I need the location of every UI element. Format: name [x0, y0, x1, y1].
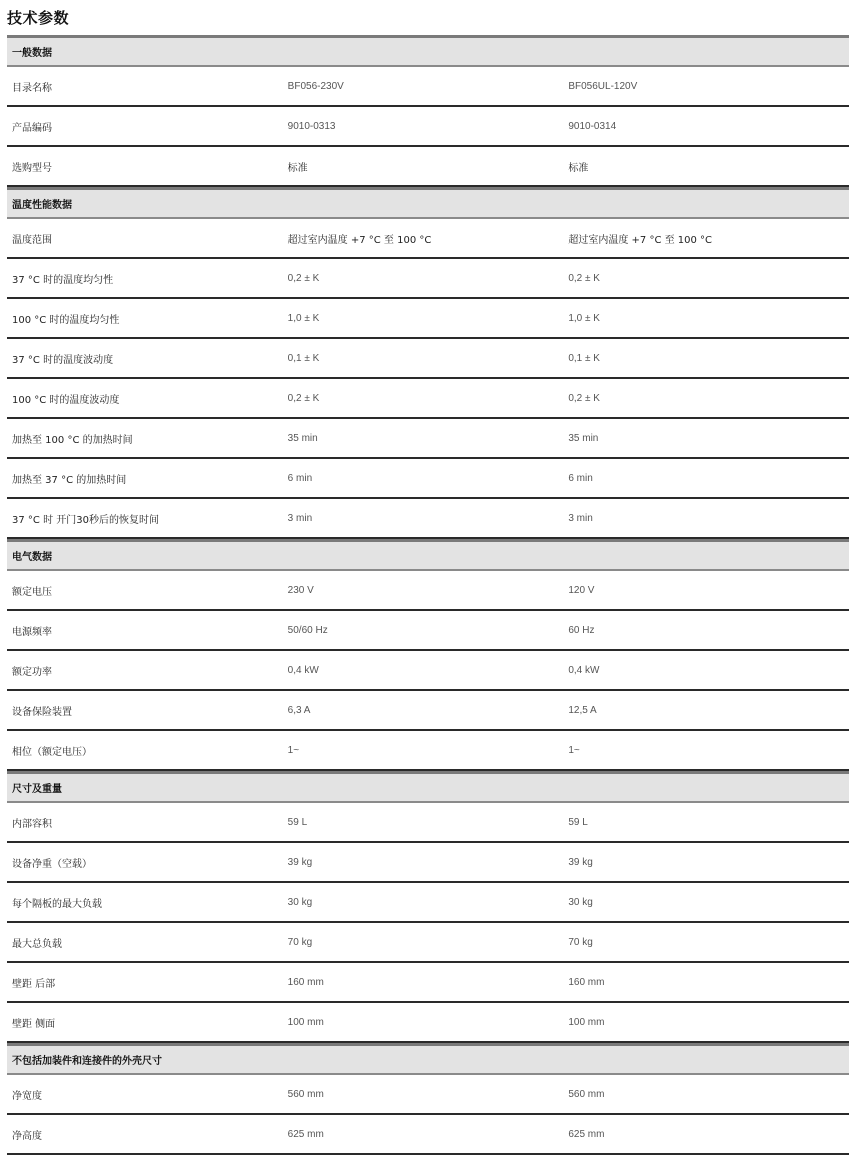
row-label: 内部容积 [7, 815, 288, 830]
row-value-model-1: 50/60 Hz [288, 625, 569, 636]
row-label: 设备净重（空载） [7, 855, 288, 870]
row-value-model-1: 0,1 ± K [288, 353, 569, 364]
section-title: 一般数据 [7, 44, 52, 59]
table-row: 产品编码 9010-0313 9010-0314 [7, 107, 849, 147]
row-label: 净宽度 [7, 1087, 288, 1102]
table-row: 每个隔板的最大负载 30 kg 30 kg [7, 883, 849, 923]
row-label: 额定功率 [7, 663, 288, 678]
table-row: 壁距 后部 160 mm 160 mm [7, 963, 849, 1003]
row-value-model-1: 100 mm [288, 1017, 569, 1028]
section-title: 不包括加装件和连接件的外壳尺寸 [7, 1052, 162, 1067]
section-header-general: 一般数据 [7, 35, 849, 67]
table-row: 目录名称 BF056-230V BF056UL-120V [7, 67, 849, 107]
row-value-model-2: 1~ [568, 745, 849, 756]
row-label: 37 °C 时 开门30秒后的恢复时间 [7, 511, 288, 526]
row-label: 37 °C 时的温度均匀性 [7, 271, 288, 286]
spec-table: 一般数据 目录名称 BF056-230V BF056UL-120V 产品编码 9… [7, 35, 849, 1155]
row-value-model-1: 0,2 ± K [288, 393, 569, 404]
table-row: 额定电压 230 V 120 V [7, 571, 849, 611]
section-title: 电气数据 [7, 548, 52, 563]
table-row: 100 °C 时的温度波动度 0,2 ± K 0,2 ± K [7, 379, 849, 419]
row-value-model-1: BF056-230V [288, 81, 569, 92]
row-value-model-2: 39 kg [568, 857, 849, 868]
row-value-model-2: 0,4 kW [568, 665, 849, 676]
section-header-dimensions-weight: 尺寸及重量 [7, 771, 849, 803]
row-value-model-2: 3 min [568, 513, 849, 524]
table-row: 设备净重（空载） 39 kg 39 kg [7, 843, 849, 883]
row-value-model-2: 超过室内温度 +7 °C 至 100 °C [568, 231, 849, 246]
table-row: 壁距 侧面 100 mm 100 mm [7, 1003, 849, 1043]
section-header-external-dimensions: 不包括加装件和连接件的外壳尺寸 [7, 1043, 849, 1075]
table-row: 净高度 625 mm 625 mm [7, 1115, 849, 1155]
row-value-model-2: 12,5 A [568, 705, 849, 716]
row-value-model-2: 9010-0314 [568, 121, 849, 132]
table-row: 内部容积 59 L 59 L [7, 803, 849, 843]
row-value-model-1: 70 kg [288, 937, 569, 948]
row-value-model-1: 160 mm [288, 977, 569, 988]
row-value-model-2: 160 mm [568, 977, 849, 988]
table-row: 电源频率 50/60 Hz 60 Hz [7, 611, 849, 651]
row-value-model-1: 35 min [288, 433, 569, 444]
row-value-model-1: 超过室内温度 +7 °C 至 100 °C [288, 231, 569, 246]
row-label: 设备保险装置 [7, 703, 288, 718]
row-label: 电源频率 [7, 623, 288, 638]
row-value-model-1: 0,2 ± K [288, 273, 569, 284]
section-title: 温度性能数据 [7, 196, 72, 211]
row-value-model-1: 6 min [288, 473, 569, 484]
row-value-model-1: 59 L [288, 817, 569, 828]
row-label: 壁距 后部 [7, 975, 288, 990]
row-value-model-2: 120 V [568, 585, 849, 596]
row-value-model-2: 0,1 ± K [568, 353, 849, 364]
row-label: 壁距 侧面 [7, 1015, 288, 1030]
table-row: 加热至 37 °C 的加热时间 6 min 6 min [7, 459, 849, 499]
row-value-model-2: 6 min [568, 473, 849, 484]
row-value-model-1: 625 mm [288, 1129, 569, 1140]
table-row: 37 °C 时的温度均匀性 0,2 ± K 0,2 ± K [7, 259, 849, 299]
row-label: 每个隔板的最大负载 [7, 895, 288, 910]
row-label: 最大总负载 [7, 935, 288, 950]
table-row: 37 °C 时 开门30秒后的恢复时间 3 min 3 min [7, 499, 849, 539]
row-value-model-2: BF056UL-120V [568, 81, 849, 92]
row-value-model-2: 标准 [568, 159, 849, 174]
table-row: 净宽度 560 mm 560 mm [7, 1075, 849, 1115]
row-value-model-1: 6,3 A [288, 705, 569, 716]
table-row: 相位（额定电压） 1~ 1~ [7, 731, 849, 771]
table-row: 选购型号 标准 标准 [7, 147, 849, 187]
row-value-model-1: 9010-0313 [288, 121, 569, 132]
row-value-model-1: 39 kg [288, 857, 569, 868]
row-value-model-1: 560 mm [288, 1089, 569, 1100]
row-value-model-1: 3 min [288, 513, 569, 524]
section-title: 尺寸及重量 [7, 780, 62, 795]
row-value-model-1: 230 V [288, 585, 569, 596]
row-label: 相位（额定电压） [7, 743, 288, 758]
row-value-model-1: 1,0 ± K [288, 313, 569, 324]
row-value-model-2: 35 min [568, 433, 849, 444]
table-row: 100 °C 时的温度均匀性 1,0 ± K 1,0 ± K [7, 299, 849, 339]
row-value-model-2: 100 mm [568, 1017, 849, 1028]
row-label: 37 °C 时的温度波动度 [7, 351, 288, 366]
row-value-model-1: 标准 [288, 159, 569, 174]
row-value-model-1: 1~ [288, 745, 569, 756]
row-label: 100 °C 时的温度波动度 [7, 391, 288, 406]
row-value-model-2: 0,2 ± K [568, 393, 849, 404]
table-row: 37 °C 时的温度波动度 0,1 ± K 0,1 ± K [7, 339, 849, 379]
row-label: 额定电压 [7, 583, 288, 598]
table-row: 额定功率 0,4 kW 0,4 kW [7, 651, 849, 691]
table-row: 温度范围 超过室内温度 +7 °C 至 100 °C 超过室内温度 +7 °C … [7, 219, 849, 259]
row-value-model-2: 560 mm [568, 1089, 849, 1100]
page-title: 技术参数 [7, 7, 69, 28]
section-header-temperature: 温度性能数据 [7, 187, 849, 219]
row-value-model-1: 0,4 kW [288, 665, 569, 676]
row-label: 目录名称 [7, 79, 288, 94]
table-row: 最大总负载 70 kg 70 kg [7, 923, 849, 963]
row-label: 产品编码 [7, 119, 288, 134]
table-row: 设备保险装置 6,3 A 12,5 A [7, 691, 849, 731]
row-value-model-2: 0,2 ± K [568, 273, 849, 284]
row-value-model-2: 60 Hz [568, 625, 849, 636]
section-header-electrical: 电气数据 [7, 539, 849, 571]
row-value-model-2: 625 mm [568, 1129, 849, 1140]
row-value-model-1: 30 kg [288, 897, 569, 908]
row-value-model-2: 1,0 ± K [568, 313, 849, 324]
row-value-model-2: 59 L [568, 817, 849, 828]
row-label: 加热至 37 °C 的加热时间 [7, 471, 288, 486]
table-row: 加热至 100 °C 的加热时间 35 min 35 min [7, 419, 849, 459]
row-label: 温度范围 [7, 231, 288, 246]
row-value-model-2: 30 kg [568, 897, 849, 908]
row-label: 净高度 [7, 1127, 288, 1142]
row-label: 选购型号 [7, 159, 288, 174]
row-label: 100 °C 时的温度均匀性 [7, 311, 288, 326]
row-label: 加热至 100 °C 的加热时间 [7, 431, 288, 446]
row-value-model-2: 70 kg [568, 937, 849, 948]
